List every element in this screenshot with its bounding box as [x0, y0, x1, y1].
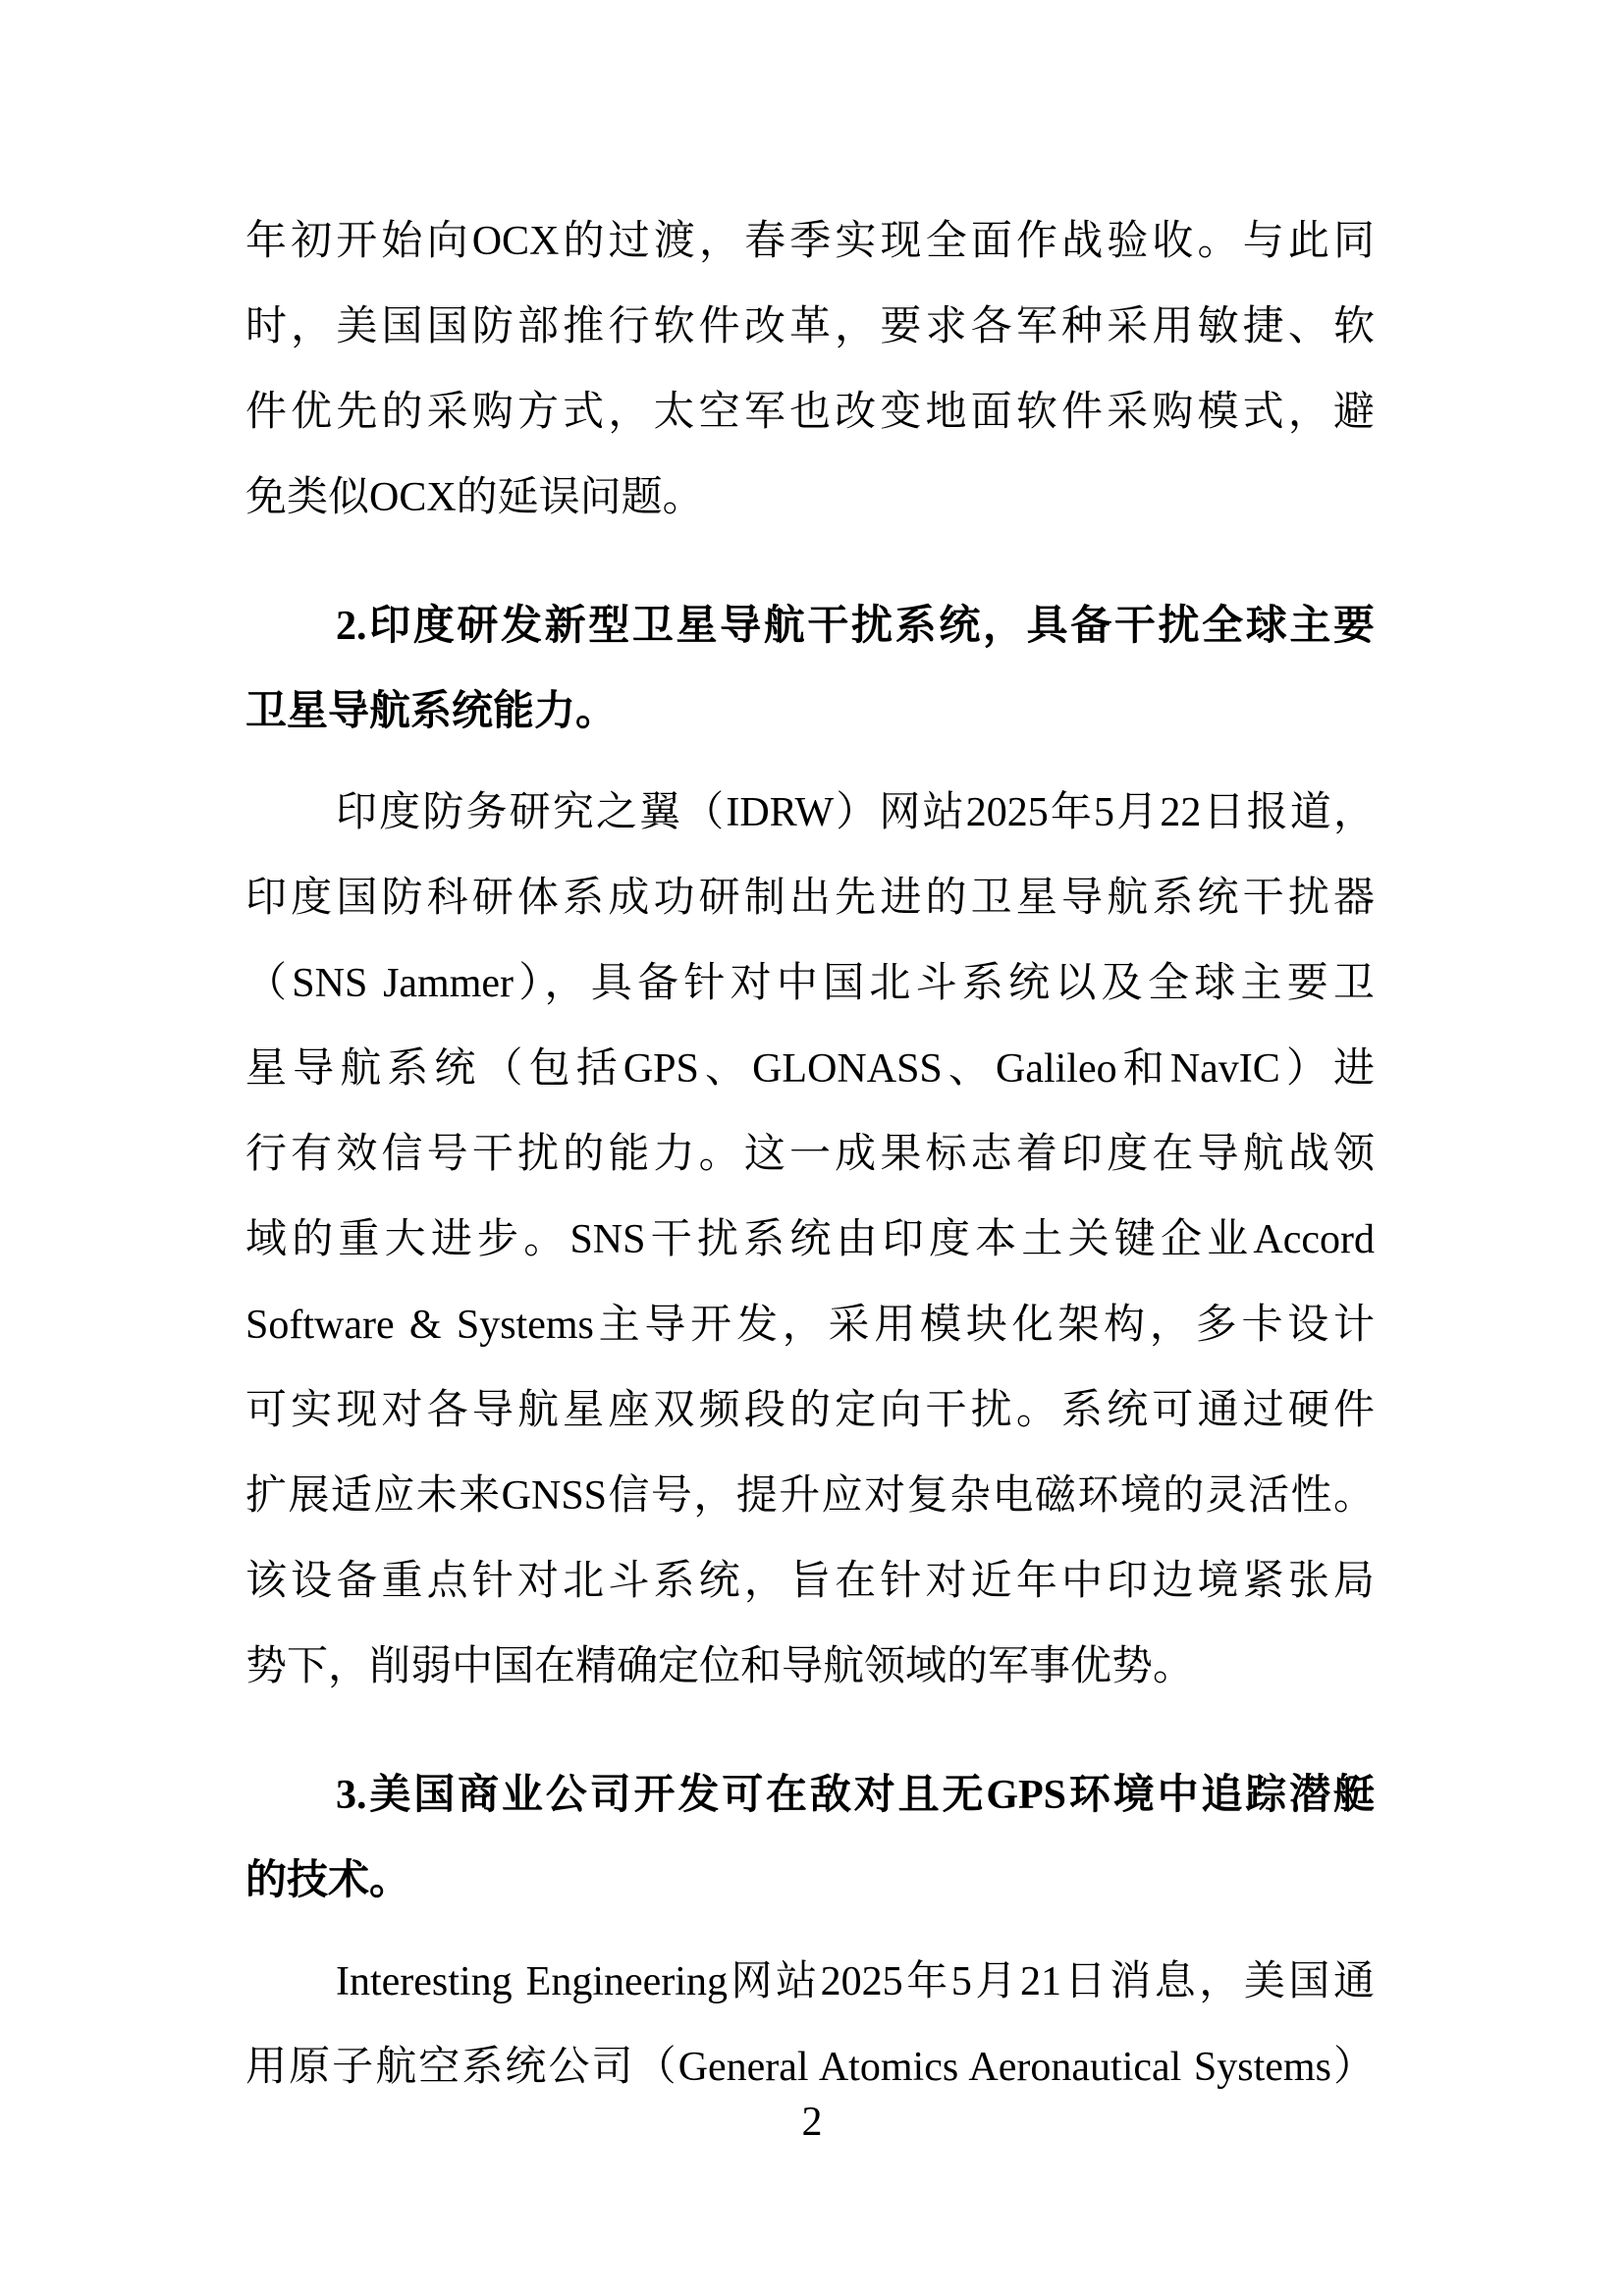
heading-line: 3.美国商业公司开发可在敌对且无GPS环境中追踪潜艇	[245, 1753, 1375, 1839]
heading-line: 2.印度研发新型卫星导航干扰系统，具备干扰全球主要	[245, 584, 1375, 669]
text-line: 时，美国国防部推行软件改革，要求各军种采用敏捷、软	[245, 285, 1375, 370]
paragraph-section-3: Interesting Engineering网站2025年5月21日消息，美国…	[245, 1940, 1375, 2110]
text-line: 印度国防科研体系成功研制出先进的卫星导航系统干扰器	[245, 856, 1375, 941]
document-page: 年初开始向OCX的过渡，春季实现全面作战验收。与此同 时，美国国防部推行软件改革…	[0, 0, 1624, 2296]
text-line: 该设备重点针对北斗系统，旨在针对近年中印边境紧张局	[245, 1539, 1375, 1625]
text-line: Software & Systems主导开发，采用模块化架构，多卡设计	[245, 1283, 1375, 1368]
heading-section-3: 3.美国商业公司开发可在敌对且无GPS环境中追踪潜艇 的技术。	[245, 1753, 1375, 1924]
page-number: 2	[0, 2093, 1624, 2171]
text-line: 印度防务研究之翼（IDRW）网站2025年5月22日报道，	[245, 771, 1375, 856]
text-line: Interesting Engineering网站2025年5月21日消息，美国…	[245, 1940, 1375, 2025]
paragraph-ocx-continuation: 年初开始向OCX的过渡，春季实现全面作战验收。与此同 时，美国国防部推行软件改革…	[245, 199, 1375, 541]
text-line: 年初开始向OCX的过渡，春季实现全面作战验收。与此同	[245, 199, 1375, 285]
text-line: 扩展适应未来GNSS信号，提升应对复杂电磁环境的灵活性。	[245, 1454, 1375, 1539]
heading-line: 的技术。	[245, 1839, 1375, 1924]
paragraph-section-2: 印度防务研究之翼（IDRW）网站2025年5月22日报道， 印度国防科研体系成功…	[245, 771, 1375, 1710]
text-line: 星导航系统（包括GPS、GLONASS、Galileo和NavIC）进	[245, 1027, 1375, 1112]
text-line: 免类似OCX的延误问题。	[245, 455, 1375, 541]
heading-line: 卫星导航系统能力。	[245, 669, 1375, 755]
text-line: 可实现对各导航星座双频段的定向干扰。系统可通过硬件	[245, 1368, 1375, 1454]
text-line: 势下，削弱中国在精确定位和导航领域的军事优势。	[245, 1625, 1375, 1710]
heading-section-2: 2.印度研发新型卫星导航干扰系统，具备干扰全球主要 卫星导航系统能力。	[245, 584, 1375, 755]
text-line: （SNS Jammer），具备针对中国北斗系统以及全球主要卫	[245, 941, 1375, 1027]
text-line: 域的重大进步。SNS干扰系统由印度本土关键企业Accord	[245, 1198, 1375, 1283]
text-line: 件优先的采购方式，太空军也改变地面软件采购模式，避	[245, 370, 1375, 455]
document-body: 年初开始向OCX的过渡，春季实现全面作战验收。与此同 时，美国国防部推行软件改革…	[245, 199, 1375, 2110]
text-line: 行有效信号干扰的能力。这一成果标志着印度在导航战领	[245, 1112, 1375, 1198]
